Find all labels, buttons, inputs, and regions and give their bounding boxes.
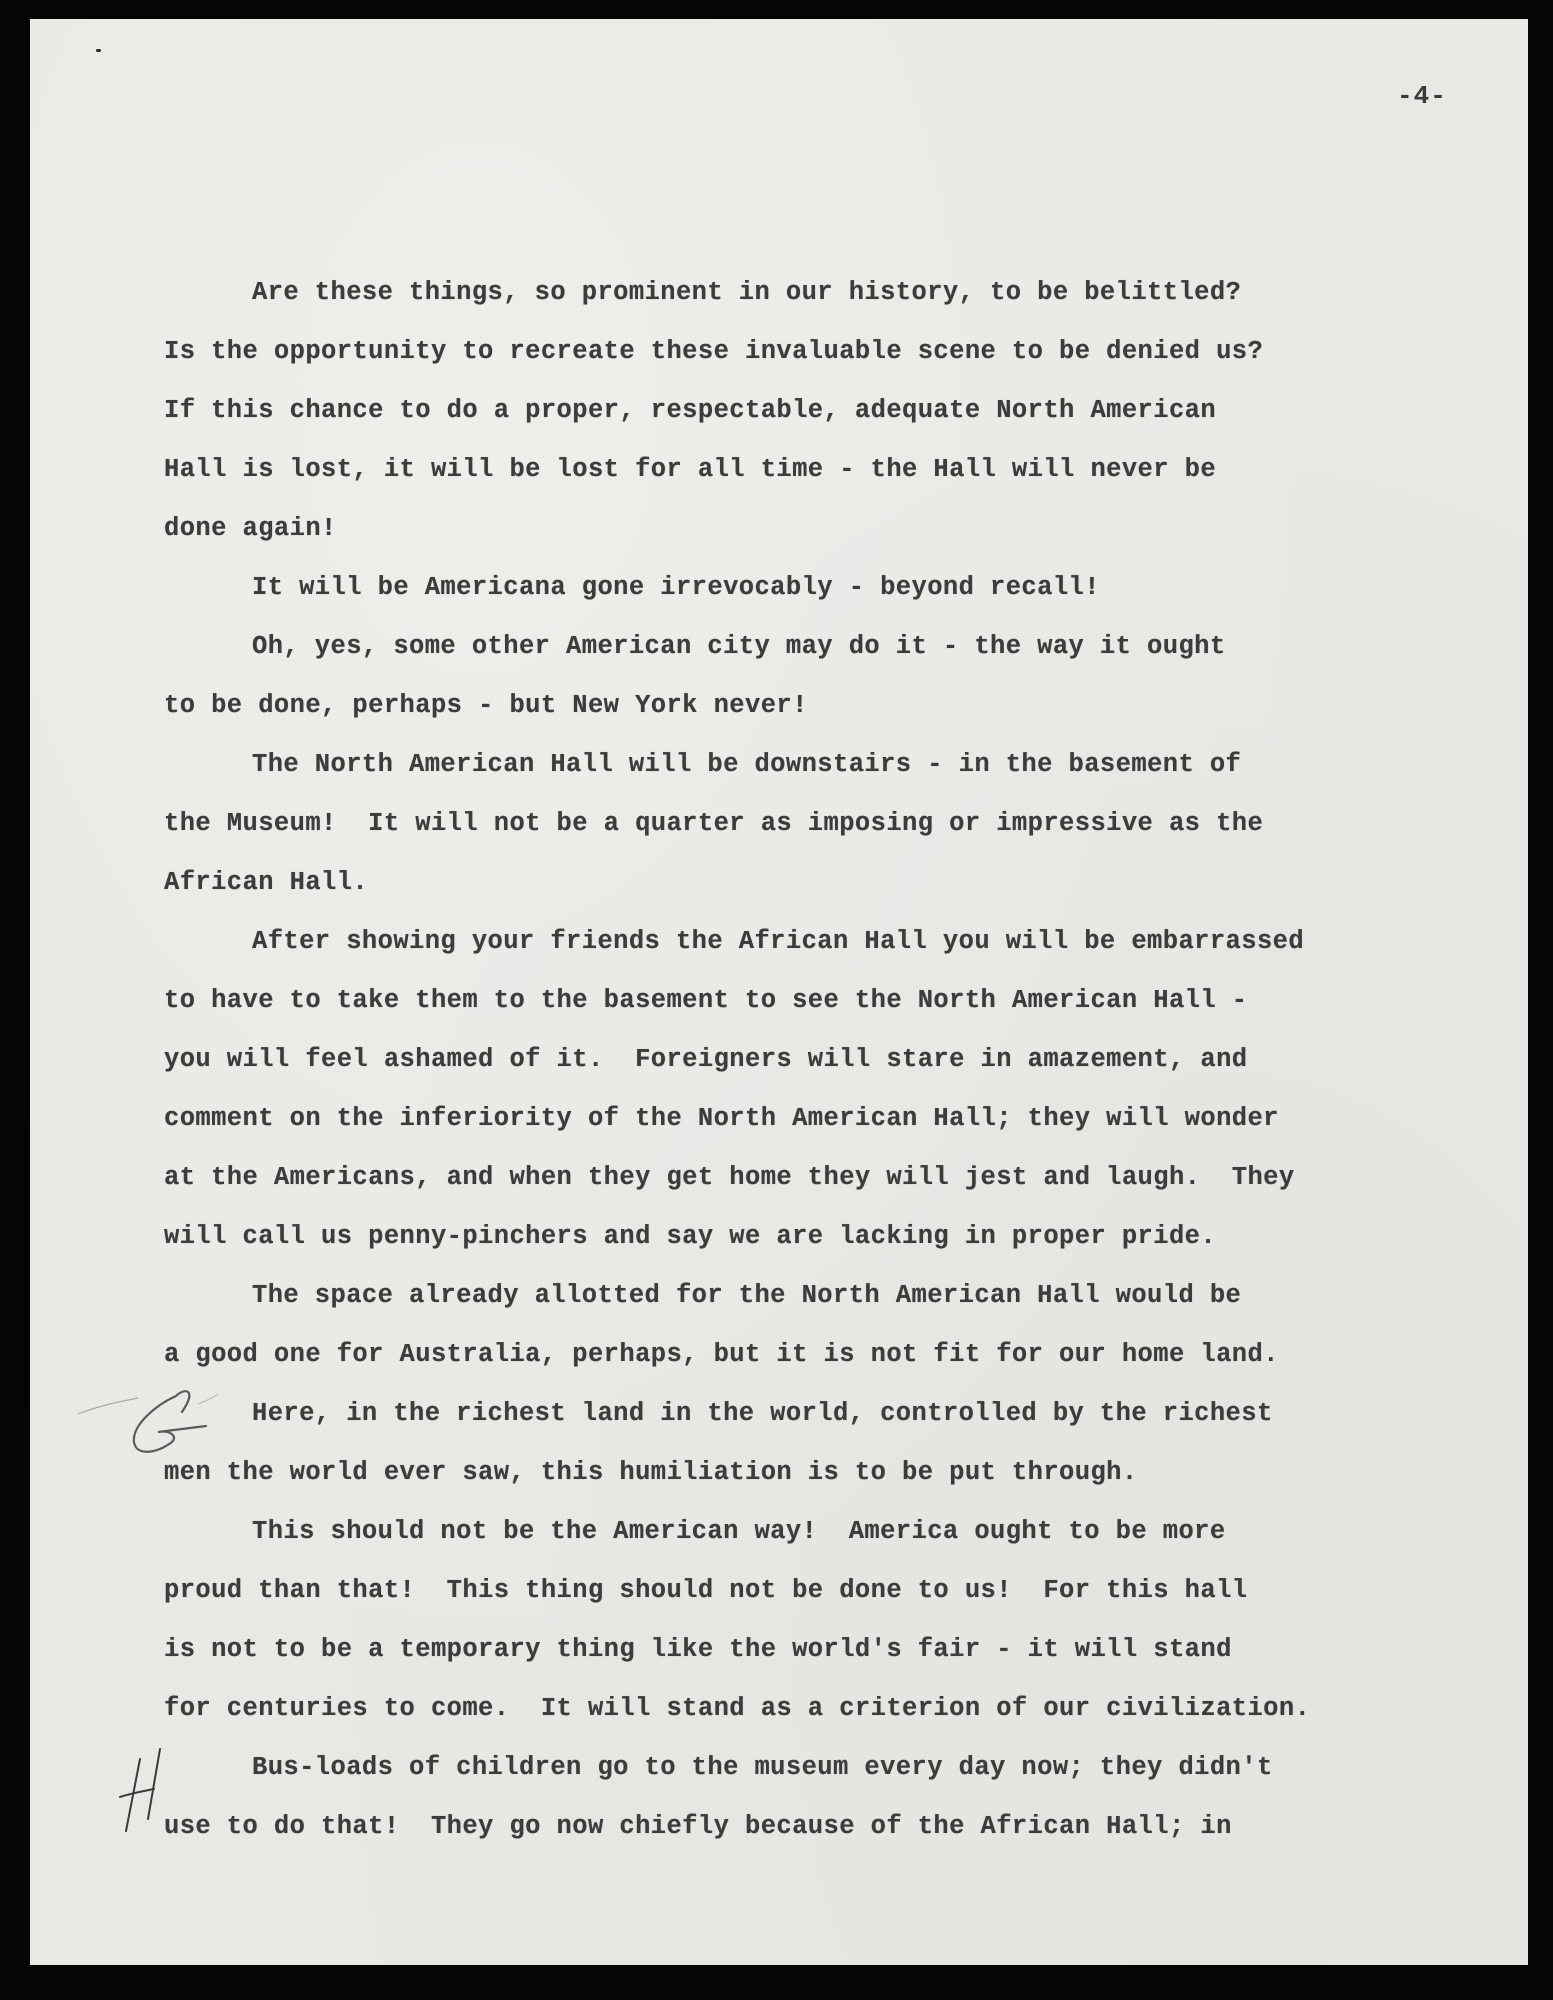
text-line: It will be Americana gone irrevocably - … — [252, 573, 1100, 603]
text-line: comment on the inferiority of the North … — [164, 1104, 1279, 1134]
text-line: to be done, perhaps - but New York never… — [164, 691, 808, 721]
text-line: proud than that! This thing should not b… — [164, 1576, 1247, 1606]
text-line: Is the opportunity to recreate these inv… — [164, 337, 1263, 367]
text-line: is not to be a temporary thing like the … — [164, 1635, 1232, 1665]
text-line: Bus-loads of children go to the museum e… — [252, 1753, 1273, 1783]
text-line: The North American Hall will be downstai… — [252, 750, 1241, 780]
text-line: If this chance to do a proper, respectab… — [164, 396, 1216, 426]
text-line: Are these things, so prominent in our hi… — [252, 278, 1241, 308]
text-line: men the world ever saw, this humiliation… — [164, 1458, 1138, 1488]
text-line: After showing your friends the African H… — [252, 927, 1304, 957]
text-line: the Museum! It will not be a quarter as … — [164, 809, 1263, 839]
text-line: you will feel ashamed of it. Foreigners … — [164, 1045, 1247, 1075]
text-line: done again! — [164, 514, 337, 544]
text-line: African Hall. — [164, 868, 368, 898]
text-line: to have to take them to the basement to … — [164, 986, 1247, 1016]
document-page: -4- Are these things, so prominent in ou… — [30, 19, 1528, 1965]
text-line: This should not be the American way! Ame… — [252, 1517, 1226, 1547]
text-line: Hall is lost, it will be lost for all ti… — [164, 455, 1216, 485]
text-line: The space already allotted for the North… — [252, 1281, 1241, 1311]
text-line: Oh, yes, some other American city may do… — [252, 632, 1226, 662]
paper-speck — [96, 49, 101, 52]
handwritten-h-mark — [108, 1747, 188, 1847]
text-line: use to do that! They go now chiefly beca… — [164, 1812, 1232, 1842]
text-line: a good one for Australia, perhaps, but i… — [164, 1340, 1279, 1370]
handwritten-g-mark — [58, 1384, 218, 1464]
text-line: at the Americans, and when they get home… — [164, 1163, 1295, 1193]
page-number: -4- — [1397, 81, 1447, 111]
text-line: will call us penny-pinchers and say we a… — [164, 1222, 1216, 1252]
text-line: Here, in the richest land in the world, … — [252, 1399, 1273, 1429]
text-line: for centuries to come. It will stand as … — [164, 1694, 1310, 1724]
